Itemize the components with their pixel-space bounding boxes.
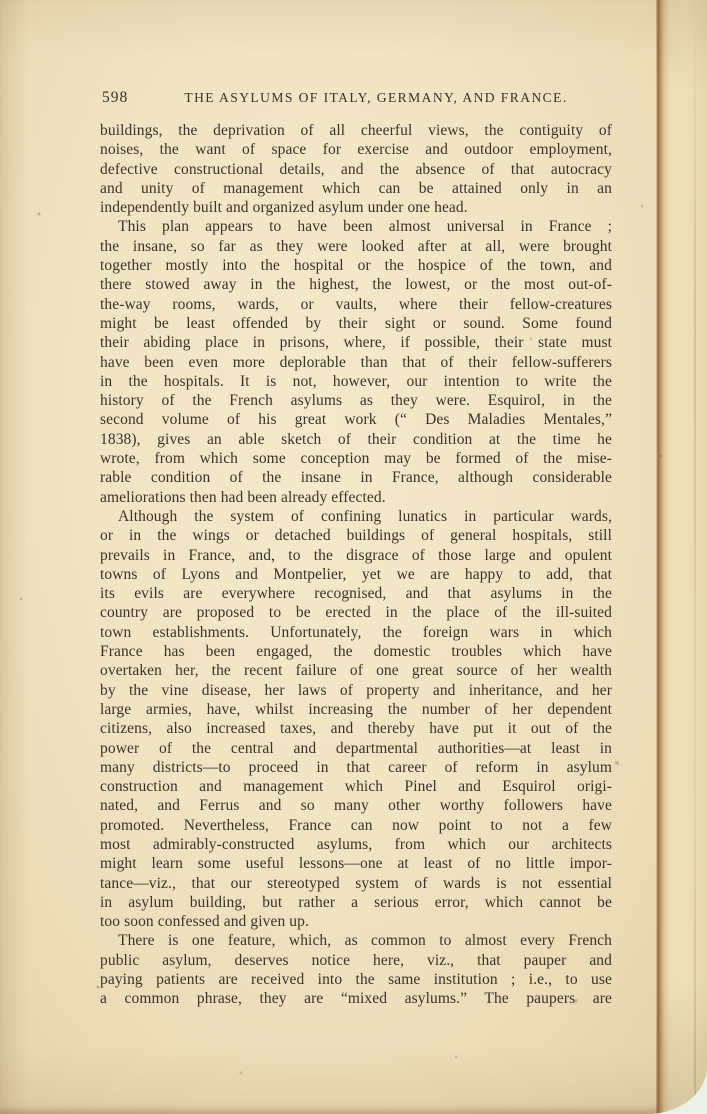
book-page-edge-line xyxy=(694,0,696,1114)
text-line: the-way rooms, wards, or vaults, where t… xyxy=(100,295,612,314)
page-header: 598 THE ASYLUMS OF ITALY, GERMANY, AND F… xyxy=(100,89,612,109)
text-line: prevails in France, and, to the disgrace… xyxy=(100,546,612,565)
text-line: buildings, the deprivation of all cheerf… xyxy=(100,121,612,140)
paragraph: buildings, the deprivation of all cheerf… xyxy=(100,121,612,217)
text-line: towns of Lyons and Montpelier, yet we ar… xyxy=(100,565,612,584)
text-line: second volume of his great work (“ Des M… xyxy=(100,410,612,429)
text-line: independently built and organized asylum… xyxy=(100,198,612,217)
text-line: wrote, from which some conception may be… xyxy=(100,449,612,468)
text-line: There is one feature, which, as common t… xyxy=(100,931,612,950)
text-line: public asylum, deserves notice here, viz… xyxy=(100,951,612,970)
text-line: promoted. Nevertheless, France can now p… xyxy=(100,816,612,835)
text-line: or in the wings or detached buildings of… xyxy=(100,526,612,545)
text-line: defective constructional details, and th… xyxy=(100,160,612,179)
text-line: ameliorations then had been already effe… xyxy=(100,488,612,507)
text-line: most admirably-constructed asylums, from… xyxy=(100,835,612,854)
text-line: power of the central and departmental au… xyxy=(100,739,612,758)
text-line: construction and management which Pinel … xyxy=(100,777,612,796)
text-line: noises, the want of space for exercise a… xyxy=(100,140,612,159)
text-line: by the vine disease, her laws of propert… xyxy=(100,681,612,700)
text-line: tance—viz., that our stereotyped system … xyxy=(100,874,612,893)
text-line: the insane, so far as they were looked a… xyxy=(100,237,612,256)
text-line: might be least offended by their sight o… xyxy=(100,314,612,333)
text-line: citizens, also increased taxes, and ther… xyxy=(100,719,612,738)
text-line: have been even more deplorable than that… xyxy=(100,353,612,372)
text-line: and unity of management which can be att… xyxy=(100,179,612,198)
paper-specks xyxy=(0,0,2,2)
paragraph: This plan appears to have been almost un… xyxy=(100,217,612,506)
text-line: might learn some useful lessons—one at l… xyxy=(100,854,612,873)
text-line: in the hospitals. It is not, however, ou… xyxy=(100,372,612,391)
text-line: town establishments. Unfortunately, the … xyxy=(100,623,612,642)
text-line: nated, and Ferrus and so many other wort… xyxy=(100,796,612,815)
text-line: France has been engaged, the domestic tr… xyxy=(100,642,612,661)
text-line: together mostly into the hospital or the… xyxy=(100,256,612,275)
page-number: 598 xyxy=(102,89,128,107)
text-line: its evils are everywhere recognised, and… xyxy=(100,584,612,603)
text-line: 1838), gives an able sketch of their con… xyxy=(100,430,612,449)
text-line: country are proposed to be erected in th… xyxy=(100,603,612,622)
text-line: Although the system of confining lunatic… xyxy=(100,507,612,526)
text-line: in asylum building, but rather a serious… xyxy=(100,893,612,912)
text-line: overtaken her, the recent failure of one… xyxy=(100,661,612,680)
text-line: This plan appears to have been almost un… xyxy=(100,217,612,236)
paragraph: There is one feature, which, as common t… xyxy=(100,931,612,1008)
text-line: rable condition of the insane in France,… xyxy=(100,468,612,487)
text-line: a common phrase, they are “mixed asylums… xyxy=(100,989,612,1008)
book-page-edge-strip xyxy=(656,0,707,1114)
text-block: buildings, the deprivation of all cheerf… xyxy=(100,121,612,1009)
text-line: history of the French asylums as they we… xyxy=(100,391,612,410)
text-line: too soon confessed and given up. xyxy=(100,912,612,931)
text-line: many districts—to proceed in that career… xyxy=(100,758,612,777)
text-line: there stowed away in the highest, the lo… xyxy=(100,275,612,294)
paper: 598 THE ASYLUMS OF ITALY, GERMANY, AND F… xyxy=(0,0,707,1114)
running-title: THE ASYLUMS OF ITALY, GERMANY, AND FRANC… xyxy=(140,90,612,106)
text-line: their abiding place in prisons, where, i… xyxy=(100,333,612,352)
text-line: large armies, have, whilst increasing th… xyxy=(100,700,612,719)
paragraph: Although the system of confining lunatic… xyxy=(100,507,612,932)
text-line: paying patients are received into the sa… xyxy=(100,970,612,989)
